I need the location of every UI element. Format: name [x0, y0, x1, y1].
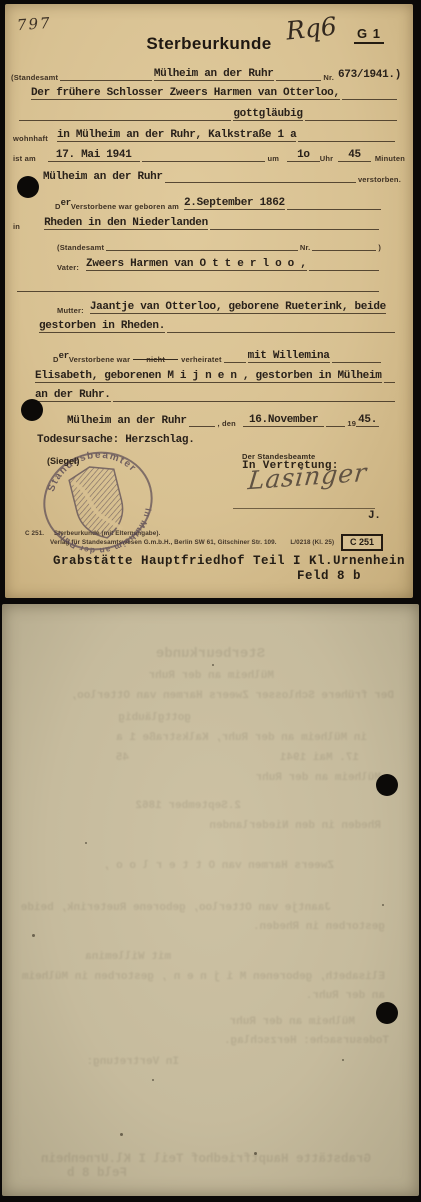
birth-row: D er Verstorbene war geboren am 2.Septem…: [13, 196, 383, 210]
birth-in-label: in: [13, 223, 20, 231]
rule: [287, 208, 381, 210]
birth-registry-close: ): [378, 244, 381, 252]
grave-site-line1: Grabstätte Hauptfriedhof Teil I Kl.Urnen…: [53, 554, 405, 568]
scan-stage: 797 Sterbeurkunde Rq6 G 1 (Standesamt Mü…: [0, 0, 421, 1202]
death-datetime-row: ist am 17. Mai 1941 um 1o Uhr 45 Minuten: [13, 148, 405, 162]
rule: [276, 79, 322, 81]
issue-year: 45.: [356, 415, 379, 427]
marriage-row3: an der Ruhr.: [15, 388, 397, 402]
rule: [189, 425, 216, 427]
siegel-label: (Siegel): [47, 456, 80, 466]
died-label: verstorben.: [358, 176, 401, 184]
mother-row2: gestorben in Rheden.: [15, 319, 397, 333]
birth-registry-label: (Standesamt: [57, 244, 104, 252]
rule: [309, 269, 379, 271]
rule: [326, 425, 345, 427]
bleed-through-text: Sterbeurkunde Mülheim an der Ruhr Der fr…: [2, 604, 419, 1196]
marriage-gender-suffix: er: [59, 352, 69, 361]
birth-date: 2.September 1862: [184, 198, 285, 210]
rule: [332, 361, 381, 363]
time-label-uhr: Uhr: [320, 155, 334, 163]
rule: [210, 228, 379, 230]
registry-nr-value: 673/1941.): [338, 70, 401, 81]
punch-hole: [376, 1002, 398, 1024]
handwritten-code: Rq6: [285, 11, 338, 45]
registry-label: (Standesamt: [11, 74, 58, 82]
marriage-spouse-line1: mit Willemina: [248, 351, 330, 363]
residence-value: in Mülheim an der Ruhr, Kalkstraße 1 a: [57, 130, 296, 142]
residence-row: wohnhaft in Mülheim an der Ruhr, Kalkstr…: [13, 128, 397, 142]
issue-row: Mülheim an der Ruhr , den 16.November 19…: [53, 413, 379, 427]
death-minute: 45: [338, 150, 371, 162]
father-name: Zweers Harmen van O t t e r l o o ,: [86, 259, 307, 271]
birth-born-label: Verstorbene war geboren am: [71, 203, 179, 211]
marriage-spouse-line3: an der Ruhr.: [35, 390, 111, 402]
registry-nr-label: Nr.: [323, 74, 334, 82]
empty-rule-row: [15, 278, 381, 292]
rule: [19, 119, 231, 121]
birth-registry-row: (Standesamt Nr. ): [57, 237, 381, 251]
rule: [165, 181, 356, 183]
marriage-was-label: Verstorbene war: [69, 356, 130, 364]
death-date-label: ist am: [13, 155, 36, 163]
rule: [167, 331, 395, 333]
rule: [106, 249, 298, 251]
father-row: Vater: Zweers Harmen van O t t e r l o o…: [57, 257, 381, 271]
rule: [224, 361, 246, 363]
rule: [384, 381, 395, 383]
issue-place: Mülheim an der Ruhr: [67, 416, 187, 427]
rule: [142, 160, 266, 162]
rule: [298, 140, 395, 142]
certificate-back-page: Sterbeurkunde Mülheim an der Ruhr Der fr…: [2, 604, 419, 1196]
father-label: Vater:: [57, 264, 79, 272]
death-date: 17. Mai 1941: [48, 150, 140, 162]
rule: [305, 119, 397, 121]
birth-place-row: in Rheden in den Niederlanden: [13, 216, 381, 230]
religion-value: gottgläubig: [233, 109, 302, 121]
marriage-nicht-struck: nicht: [144, 356, 167, 364]
form-number-box: C 251: [341, 534, 383, 551]
imprint-ref: L/0218 (Kl. 25): [290, 539, 334, 546]
mother-name-line2: gestorben in Rheden.: [39, 321, 165, 333]
time-label-minuten: Minuten: [375, 155, 405, 163]
rule: [60, 79, 152, 81]
birth-gender-suffix: er: [61, 199, 71, 208]
issue-date: 16.November: [243, 415, 324, 427]
rule: [312, 249, 376, 251]
mother-label: Mutter:: [57, 307, 84, 315]
handwritten-corner-number: 797: [16, 14, 52, 34]
death-hour: 1o: [287, 150, 320, 162]
registry-row: (Standesamt Mülheim an der Ruhr Nr. 673/…: [11, 67, 401, 81]
religion-row: gottgläubig: [17, 107, 399, 121]
issue-19-label: 19: [347, 420, 356, 428]
mother-name-line1: Jaantje van Otterloo, geborene Rueterink…: [90, 302, 386, 314]
issue-den-label: , den: [217, 420, 236, 428]
mother-row: Mutter: Jaantje van Otterloo, geborene R…: [57, 300, 399, 314]
form-code-g1: G 1: [354, 26, 384, 44]
marriage-married-label: verheiratet: [181, 356, 222, 364]
signature-rule: [233, 508, 375, 509]
marriage-spouse-line2: Elisabeth, geborenen M i j n e n , gesto…: [35, 371, 382, 383]
deceased-name: Der frühere Schlosser Zweers Harmen van …: [31, 88, 340, 100]
cause-of-death: Todesursache: Herzschlag.: [37, 435, 195, 446]
document-title: Sterbeurkunde: [5, 34, 413, 54]
deceased-name-row: Der frühere Schlosser Zweers Harmen van …: [11, 86, 399, 100]
marriage-row2: Elisabeth, geborenen M i j n e n , gesto…: [15, 369, 397, 383]
rule: [113, 400, 395, 402]
grave-site-line2: Feld 8 b: [297, 569, 361, 583]
punch-hole: [21, 399, 43, 421]
clerk-initial: J.: [368, 510, 381, 522]
cause-of-death-row: Todesursache: Herzschlag.: [37, 432, 195, 446]
marriage-row1: D er Verstorbene war nicht verheiratet m…: [13, 349, 383, 363]
death-place: Mülheim an der Ruhr: [43, 172, 163, 183]
rule: [17, 290, 379, 292]
registry-office-value: Mülheim an der Ruhr: [154, 69, 274, 81]
punch-hole: [17, 176, 39, 198]
death-place-row: Mülheim an der Ruhr verstorben.: [13, 169, 401, 183]
certificate-front-page: 797 Sterbeurkunde Rq6 G 1 (Standesamt Mü…: [5, 4, 413, 598]
rule: [342, 98, 397, 100]
birth-place: Rheden in den Niederlanden: [44, 218, 208, 230]
residence-label: wohnhaft: [13, 135, 48, 143]
punch-hole: [376, 774, 398, 796]
birth-registry-nr-label: Nr.: [300, 244, 311, 252]
time-label-um: um: [267, 155, 279, 163]
